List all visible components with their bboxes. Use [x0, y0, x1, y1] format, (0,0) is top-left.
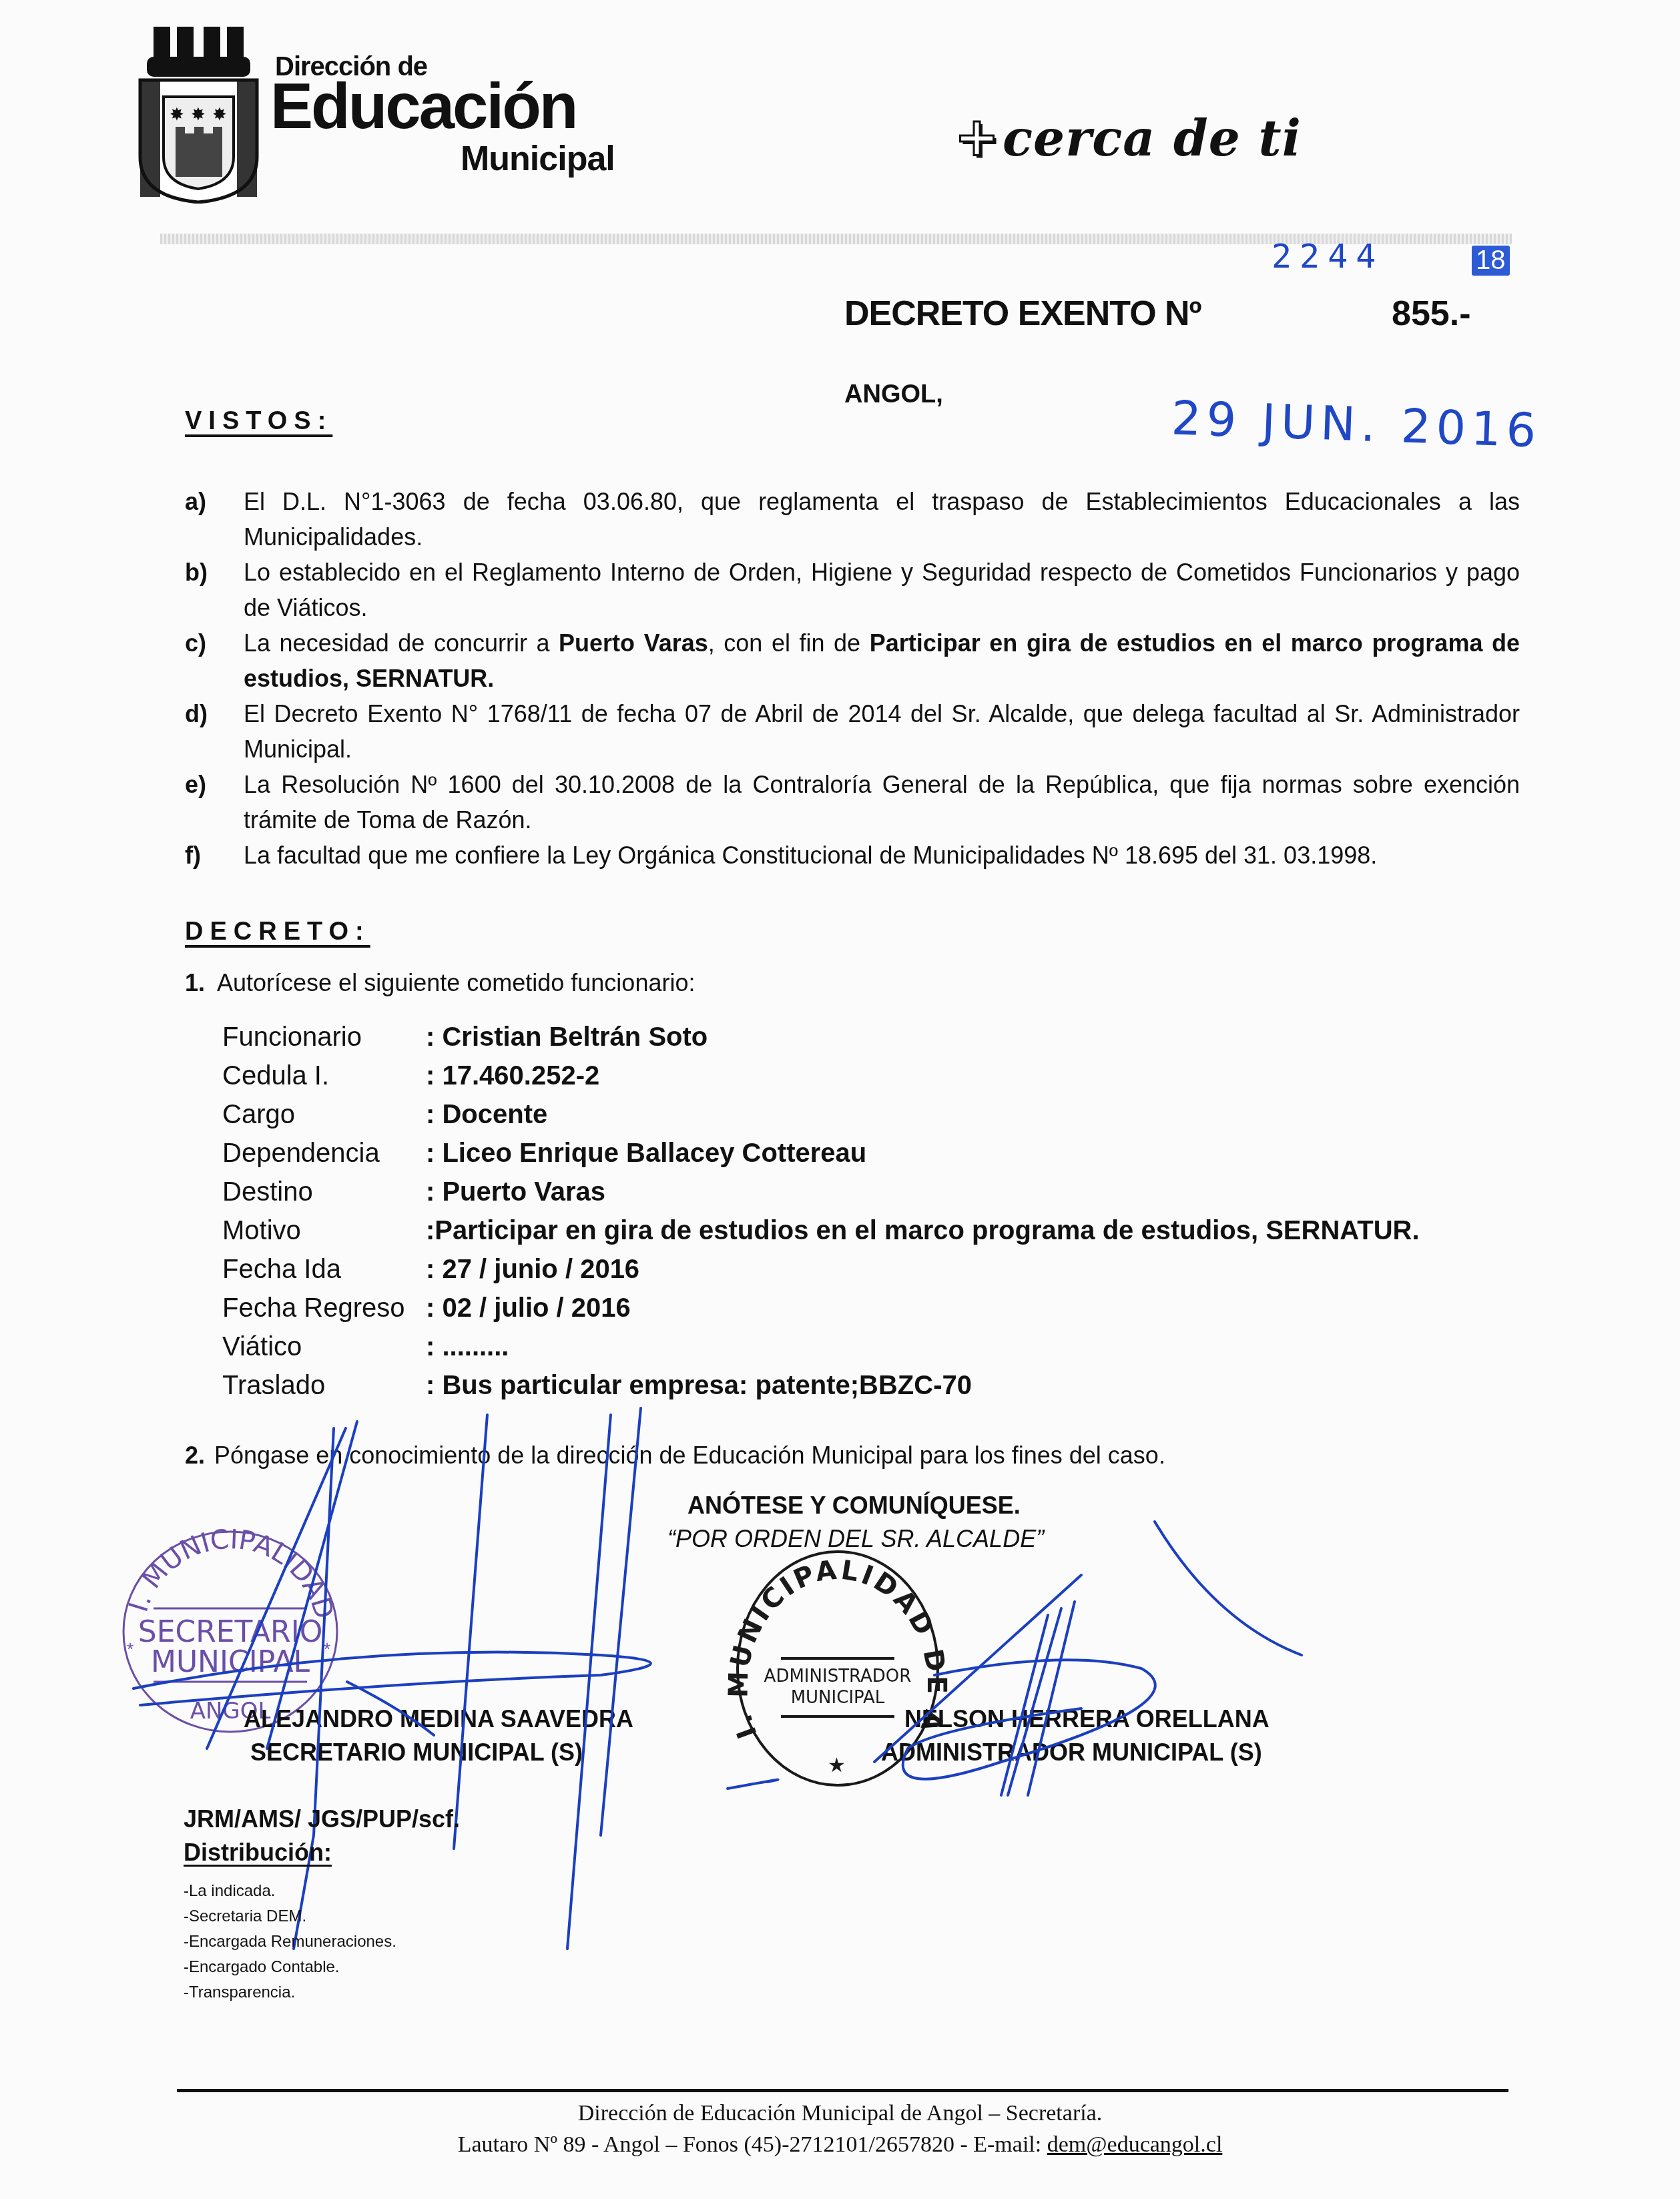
commission-field-row: Viático: .........: [222, 1327, 1420, 1366]
item-text: Lo establecido en el Reglamento Interno …: [244, 555, 1520, 625]
registry-number-stamp: 2244: [1272, 237, 1384, 276]
item-text: La Resolución Nº 1600 del 30.10.2008 de …: [244, 767, 1520, 838]
field-value: : Liceo Enrique Ballacey Cottereau: [426, 1134, 866, 1173]
field-label: Fecha Regreso: [222, 1289, 426, 1327]
distribution-heading: Distribución:: [184, 1839, 332, 1867]
item-label: c): [185, 625, 244, 696]
svg-text:✸: ✸: [191, 105, 206, 125]
svg-text:SECRETARIO: SECRETARIO: [138, 1615, 323, 1649]
distribution-item: -La indicada.: [184, 1879, 396, 1904]
vistos-item: d) El Decreto Exento N° 1768/11 de fecha…: [185, 696, 1520, 767]
svg-text:✸: ✸: [170, 105, 184, 125]
svg-text:✸: ✸: [212, 105, 227, 125]
brand-line-main: Educación: [270, 75, 576, 139]
footer-contact: Lautaro Nº 89 - Angol – Fonos (45)-27121…: [0, 2132, 1680, 2158]
field-label: Dependencia: [222, 1134, 426, 1173]
commission-field-row: Dependencia: Liceo Enrique Ballacey Cott…: [222, 1134, 1420, 1173]
date-stamp: 29 JUN. 2016: [1171, 390, 1543, 458]
field-label: Viático: [222, 1327, 426, 1366]
point-number: 1.: [185, 969, 205, 996]
field-value: : Docente: [426, 1095, 547, 1134]
distribution-item: -Encargada Remuneraciones.: [184, 1929, 396, 1955]
brand-line-bottom: Municipal: [461, 139, 615, 179]
svg-text:*: *: [324, 1639, 330, 1659]
svg-text:*: *: [127, 1639, 133, 1659]
vistos-item: f) La facultad que me confiere la Ley Or…: [185, 838, 1520, 873]
right-signatory-title: ADMINISTRADOR MUNICIPAL (S): [881, 1739, 1262, 1767]
field-label: Traslado: [222, 1366, 426, 1405]
field-label: Destino: [222, 1173, 426, 1211]
commission-field-row: Cedula I.: 17.460.252-2: [222, 1056, 1420, 1095]
commission-field-row: Motivo:Participar en gira de estudios en…: [222, 1211, 1420, 1250]
footer-address: Lautaro Nº 89 - Angol – Fonos (45)-27121…: [458, 2132, 1047, 2157]
vistos-item: a) El D.L. N°1-3063 de fecha 03.06.80, q…: [185, 484, 1520, 555]
field-value: : 02 / julio / 2016: [426, 1289, 631, 1327]
point-text: Póngase en conocimiento de la dirección …: [214, 1442, 1165, 1469]
footer-office: Dirección de Educación Municipal de Ango…: [0, 2101, 1680, 2126]
commission-field-row: Traslado: Bus particular empresa: patent…: [222, 1366, 1420, 1405]
vistos-heading: VISTOS:: [185, 407, 332, 436]
decree-number: 855.-: [1392, 294, 1471, 334]
slogan: +cerca de ti: [954, 105, 1302, 168]
field-label: Fecha Ida: [222, 1250, 426, 1289]
field-value: : Cristian Beltrán Soto: [426, 1018, 708, 1056]
svg-text:MUNICIPAL: MUNICIPAL: [151, 1645, 310, 1679]
left-signatory-name: ALEJANDRO MEDINA SAAVEDRA: [244, 1705, 633, 1733]
commission-field-row: Funcionario: Cristian Beltrán Soto: [222, 1018, 1420, 1056]
distribution-item: -Secretaria DEM.: [184, 1904, 396, 1929]
item-text-part: La necesidad de concurrir a: [244, 629, 559, 657]
field-label: Cedula I.: [222, 1056, 426, 1095]
field-value: : 17.460.252-2: [426, 1056, 599, 1095]
vistos-item: c) La necesidad de concurrir a Puerto Va…: [185, 625, 1520, 696]
footer-divider: [177, 2089, 1508, 2092]
item-text: La facultad que me confiere la Ley Orgán…: [244, 838, 1520, 873]
right-signatory-name: NELSON HERRERA ORELLANA: [904, 1705, 1270, 1733]
distribution-item: -Encargado Contable.: [184, 1955, 396, 1980]
item-label: d): [185, 696, 244, 767]
field-label: Funcionario: [222, 1018, 426, 1056]
left-signatory-title: SECRETARIO MUNICIPAL (S): [250, 1739, 583, 1767]
commission-field-row: Cargo: Docente: [222, 1095, 1420, 1134]
field-value: : .........: [426, 1327, 509, 1366]
vistos-list: a) El D.L. N°1-3063 de fecha 03.06.80, q…: [185, 484, 1520, 873]
plus-icon: +: [954, 105, 1000, 168]
resolution-point-2: 2.Póngase en conocimiento de la direcció…: [185, 1442, 1165, 1470]
item-label: b): [185, 555, 244, 625]
email-link[interactable]: dem@educangol.cl: [1047, 2132, 1223, 2157]
commission-field-row: Destino: Puerto Varas: [222, 1173, 1420, 1211]
item-label: a): [185, 484, 244, 555]
svg-text:ADMINISTRADOR: ADMINISTRADOR: [764, 1666, 912, 1686]
municipal-crest-icon: ✸✸✸: [137, 23, 260, 204]
commission-fields: Funcionario: Cristian Beltrán SotoCedula…: [222, 1018, 1420, 1405]
item-label: e): [185, 767, 244, 838]
field-label: Motivo: [222, 1211, 426, 1250]
item-label: f): [185, 838, 244, 873]
closing-formula: ANÓTESE Y COMUNÍQUESE.: [687, 1492, 1021, 1520]
point-number: 2.: [185, 1442, 205, 1469]
distribution-item: -Transparencia.: [184, 1980, 396, 2005]
distribution-list: -La indicada. -Secretaria DEM. -Encargad…: [184, 1879, 396, 2005]
field-value: : Puerto Varas: [426, 1173, 605, 1211]
reference-initials: JRM/AMS/ JGS/PUP/scf.: [184, 1805, 460, 1833]
svg-text:★: ★: [828, 1755, 846, 1777]
slogan-text: cerca de ti: [1003, 110, 1302, 168]
decreto-heading: DECRETO:: [185, 918, 370, 946]
point-text: Autorícese el siguiente cometido funcion…: [217, 969, 695, 996]
field-label: Cargo: [222, 1095, 426, 1134]
item-text: El D.L. N°1-3063 de fecha 03.06.80, que …: [244, 484, 1520, 555]
decree-title: DECRETO EXENTO Nº: [844, 294, 1201, 334]
field-value: : Bus particular empresa: patente;BBZC-7…: [426, 1366, 972, 1405]
item-text: El Decreto Exento N° 1768/11 de fecha 07…: [244, 696, 1520, 767]
commission-field-row: Fecha Ida: 27 / junio / 2016: [222, 1250, 1420, 1289]
item-text-part: , con el fin de: [708, 629, 870, 657]
destination-emphasis: Puerto Varas: [559, 629, 708, 657]
field-value: :Participar en gira de estudios en el ma…: [426, 1211, 1420, 1250]
item-text: La necesidad de concurrir a Puerto Varas…: [244, 625, 1520, 696]
city-label: ANGOL,: [844, 380, 943, 409]
vistos-item: e) La Resolución Nº 1600 del 30.10.2008 …: [185, 767, 1520, 838]
commission-field-row: Fecha Regreso: 02 / julio / 2016: [222, 1289, 1420, 1327]
field-value: : 27 / junio / 2016: [426, 1250, 639, 1289]
svg-text:MUNICIPAL: MUNICIPAL: [791, 1688, 885, 1708]
resolution-point-1: 1.Autorícese el siguiente cometido funci…: [185, 969, 695, 997]
vistos-item: b) Lo establecido en el Reglamento Inter…: [185, 555, 1520, 625]
registry-suffix-stamp: 18: [1472, 246, 1510, 276]
